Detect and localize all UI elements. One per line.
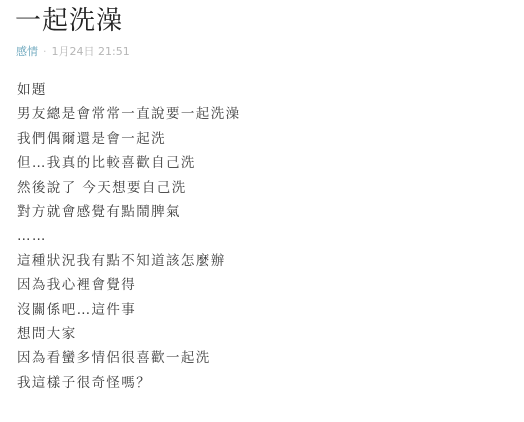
post-body: 如題 男友總是會常常一直說要一起洗澡 我們偶爾還是會一起洗 但…我真的比較喜歡自… (17, 78, 241, 395)
body-line: 因為我心裡會覺得 (17, 273, 241, 297)
body-line: 沒關係吧…這件事 (17, 298, 241, 322)
body-line: 然後說了 今天想要自己洗 (17, 176, 241, 200)
body-line: 我這樣子很奇怪嗎？ (17, 371, 241, 395)
body-line: 對方就會感覺有點鬧脾氣 (17, 200, 241, 224)
meta-separator: · (43, 45, 47, 58)
body-line: 想問大家 (17, 322, 241, 346)
post-title: 一起洗澡 (15, 4, 123, 38)
body-line: 這種狀況我有點不知道該怎麼辦 (17, 249, 241, 273)
body-line: 因為看蠻多情侶很喜歡一起洗 (17, 346, 241, 370)
body-line: 男友總是會常常一直說要一起洗澡 (17, 102, 241, 126)
body-line: 但…我真的比較喜歡自己洗 (17, 151, 241, 175)
body-line: 如題 (17, 78, 241, 102)
post-timestamp: 1月24日 21:51 (52, 45, 130, 58)
category-link[interactable]: 感情 (16, 45, 38, 58)
post-meta: 感情·1月24日 21:51 (16, 44, 130, 60)
body-line: 我們偶爾還是會一起洗 (17, 127, 241, 151)
body-line: …… (17, 224, 241, 248)
